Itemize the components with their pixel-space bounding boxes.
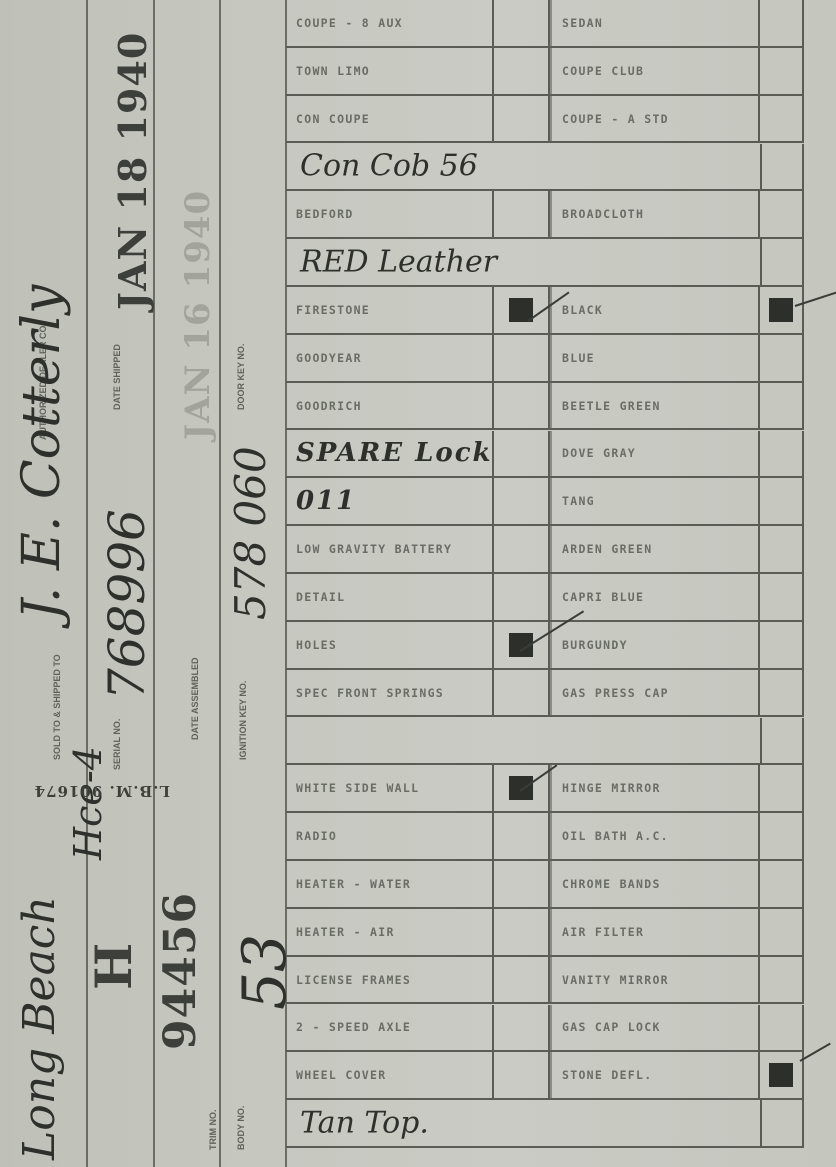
column-divider (219, 0, 221, 1167)
table-row: RADIOOIL BATH A.C. (286, 813, 804, 861)
option-label-cell: LICENSE FRAMES (286, 957, 494, 1003)
table-row: GOODYEARBLUE (286, 335, 804, 383)
table-row (286, 718, 804, 766)
option-check-cell (494, 622, 550, 668)
option-label-cell: 011 (286, 478, 494, 524)
option-check-cell (494, 909, 550, 955)
table-row: SPEC FRONT SPRINGSGAS PRESS CAP (286, 670, 804, 718)
ship-date-stamp: JAN 18 1940 (110, 32, 155, 310)
option-label: VANITY MIRROR (562, 973, 669, 987)
option-label: BEETLE GREEN (562, 399, 661, 413)
option-label-cell: BLACK (550, 287, 760, 333)
option-label: SPARE Lock (296, 438, 493, 468)
handwritten-entry: RED Leather (300, 245, 497, 280)
option-label-cell: BEETLE GREEN (550, 383, 760, 429)
option-label: HEATER - AIR (296, 925, 395, 939)
option-label: CON COUPE (296, 112, 370, 126)
option-check-cell (760, 478, 804, 524)
ignition-key-label: IGNITION KEY NO. (238, 681, 248, 760)
table-row: GOODRICHBEETLE GREEN (286, 383, 804, 431)
handwritten-engine-number: 768996 (98, 509, 156, 700)
option-check-cell (494, 96, 550, 142)
option-label-cell: VANITY MIRROR (550, 957, 760, 1003)
option-label: LOW GRAVITY BATTERY (296, 542, 452, 556)
option-check-cell (760, 191, 804, 237)
serial-stamp: L.B.M. 901674 (34, 782, 170, 800)
handwritten-entry: Tan Top. (300, 1106, 429, 1141)
table-row: TOWN LIMOCOUPE CLUB (286, 48, 804, 96)
option-label: STONE DEFL. (562, 1068, 652, 1082)
option-check-cell (494, 48, 550, 94)
checkbox-marked-icon (769, 1063, 793, 1087)
handwritten-key-number: 578 060 (226, 446, 275, 620)
option-check-cell (494, 1052, 550, 1098)
option-label-cell: FIRESTONE (286, 287, 494, 333)
option-check-cell (494, 191, 550, 237)
body-letter: H (84, 942, 143, 990)
option-label-cell: SEDAN (550, 0, 760, 46)
checkbox-marked-icon (769, 298, 793, 322)
option-label: GAS PRESS CAP (562, 686, 669, 700)
date-shipped-label: DATE SHIPPED (112, 344, 122, 410)
option-label: 011 (296, 486, 356, 516)
option-label-cell: DETAIL (286, 574, 494, 620)
option-label: GOODYEAR (296, 351, 362, 365)
table-row: LICENSE FRAMESVANITY MIRROR (286, 957, 804, 1005)
option-label: OIL BATH A.C. (562, 829, 669, 843)
option-label: AIR FILTER (562, 925, 644, 939)
option-check-cell (494, 574, 550, 620)
option-label-cell: STONE DEFL. (550, 1052, 760, 1098)
handwritten-entry: Con Cob 56 (300, 149, 478, 184)
option-check-cell (760, 622, 804, 668)
option-label: HINGE MIRROR (562, 781, 661, 795)
serial-no-label: SERIAL NO. (112, 719, 122, 770)
table-row: Con Cob 56 (286, 144, 804, 192)
blank-cell (286, 718, 762, 764)
option-label-cell: HOLES (286, 622, 494, 668)
option-check-cell (760, 1005, 804, 1051)
option-label: DOVE GRAY (562, 446, 636, 460)
check-cell (760, 718, 804, 764)
option-label-cell: AIR FILTER (550, 909, 760, 955)
table-row: DETAILCAPRI BLUE (286, 574, 804, 622)
option-check-cell (760, 48, 804, 94)
option-label-cell: COUPE - A STD (550, 96, 760, 142)
table-row: RED Leather (286, 239, 804, 287)
option-label-cell: CON COUPE (286, 96, 494, 142)
option-label: BURGUNDY (562, 638, 628, 652)
option-check-cell (494, 335, 550, 381)
trim-no-label: TRIM NO. (208, 1110, 218, 1151)
option-check-cell (760, 431, 804, 477)
option-label-cell: WHITE SIDE WALL (286, 765, 494, 811)
table-row: CON COUPECOUPE - A STD (286, 96, 804, 144)
table-row: LOW GRAVITY BATTERYARDEN GREEN (286, 526, 804, 574)
column-divider (86, 0, 88, 1167)
option-label: BROADCLOTH (562, 207, 644, 221)
option-check-cell (494, 670, 550, 716)
option-label-cell: ARDEN GREEN (550, 526, 760, 572)
option-label: CHROME BANDS (562, 877, 661, 891)
handwritten-code: Hce-4 (66, 746, 110, 860)
option-check-cell (494, 1005, 550, 1051)
option-label: COUPE - 8 AUX (296, 16, 403, 30)
option-label-cell: TANG (550, 478, 760, 524)
date-assembled-label: DATE ASSEMBLED (190, 657, 200, 740)
handwritten-entry-cell: RED Leather (286, 239, 762, 285)
body-number-stamp: 94456 (155, 892, 206, 1050)
vehicle-record-card: AUTHORIZED DEALER CO. J. E. Cotterly Lon… (0, 0, 836, 1167)
table-row: HEATER - AIRAIR FILTER (286, 909, 804, 957)
option-label-cell: BLUE (550, 335, 760, 381)
option-check-cell (760, 670, 804, 716)
option-label-cell: HINGE MIRROR (550, 765, 760, 811)
options-table: COUPE - 8 AUXSEDANTOWN LIMOCOUPE CLUBCON… (286, 0, 804, 1148)
handwritten-entry-cell: Tan Top. (286, 1100, 762, 1146)
option-check-cell (494, 861, 550, 907)
option-check-cell (760, 96, 804, 142)
option-label: GAS CAP LOCK (562, 1020, 661, 1034)
option-check-cell (494, 383, 550, 429)
option-label-cell: WHEEL COVER (286, 1052, 494, 1098)
option-label-cell: OIL BATH A.C. (550, 813, 760, 859)
table-row: Tan Top. (286, 1100, 804, 1148)
option-check-cell (494, 957, 550, 1003)
option-label: CAPRI BLUE (562, 590, 644, 604)
option-check-cell (494, 0, 550, 46)
table-row: COUPE - 8 AUXSEDAN (286, 0, 804, 48)
option-label-cell: LOW GRAVITY BATTERY (286, 526, 494, 572)
handwritten-entry-cell: Con Cob 56 (286, 144, 762, 190)
faded-date-stamp: JAN 16 1940 (178, 190, 218, 440)
option-label-cell: COUPE CLUB (550, 48, 760, 94)
handwritten-location: Long Beach (14, 896, 65, 1160)
option-check-cell (760, 0, 804, 46)
option-check-cell (760, 574, 804, 620)
option-label: COUPE - A STD (562, 112, 669, 126)
door-key-label: DOOR KEY NO. (236, 344, 246, 410)
option-check-cell (760, 957, 804, 1003)
option-label: TANG (562, 494, 595, 508)
option-label-cell: GOODRICH (286, 383, 494, 429)
option-label-cell: GAS PRESS CAP (550, 670, 760, 716)
option-label-cell: SPEC FRONT SPRINGS (286, 670, 494, 716)
option-label-cell: HEATER - WATER (286, 861, 494, 907)
option-label: WHEEL COVER (296, 1068, 386, 1082)
table-row: WHEEL COVERSTONE DEFL. (286, 1052, 804, 1100)
option-label-cell: RADIO (286, 813, 494, 859)
table-row: FIRESTONEBLACK (286, 287, 804, 335)
option-check-cell (760, 526, 804, 572)
option-label: BLUE (562, 351, 595, 365)
check-stroke (800, 1043, 831, 1062)
option-check-cell (494, 478, 550, 524)
option-label-cell: BEDFORD (286, 191, 494, 237)
option-label: HOLES (296, 638, 337, 652)
option-label-cell: 2 - SPEED AXLE (286, 1005, 494, 1051)
option-label: GOODRICH (296, 399, 362, 413)
option-label-cell: COUPE - 8 AUX (286, 0, 494, 46)
option-label: SEDAN (562, 16, 603, 30)
option-label: LICENSE FRAMES (296, 973, 411, 987)
handwritten-signature: J. E. Cotterly (12, 285, 72, 620)
check-cell (760, 144, 804, 190)
option-label-cell: GOODYEAR (286, 335, 494, 381)
option-label: BLACK (562, 303, 603, 317)
option-label: HEATER - WATER (296, 877, 411, 891)
option-check-cell (494, 431, 550, 477)
option-check-cell (760, 335, 804, 381)
option-label: SPEC FRONT SPRINGS (296, 686, 444, 700)
option-check-cell (494, 526, 550, 572)
option-label-cell: BURGUNDY (550, 622, 760, 668)
body-no-label: BODY NO. (236, 1106, 246, 1150)
option-label: BEDFORD (296, 207, 354, 221)
option-label-cell: HEATER - AIR (286, 909, 494, 955)
option-label-cell: GAS CAP LOCK (550, 1005, 760, 1051)
table-row: HEATER - WATERCHROME BANDS (286, 861, 804, 909)
option-check-cell (760, 909, 804, 955)
option-label-cell: CHROME BANDS (550, 861, 760, 907)
check-cell (760, 1100, 804, 1146)
option-label-cell: TOWN LIMO (286, 48, 494, 94)
check-cell (760, 239, 804, 285)
option-check-cell (494, 813, 550, 859)
table-row: HOLESBURGUNDY (286, 622, 804, 670)
option-label: ARDEN GREEN (562, 542, 652, 556)
option-label-cell: BROADCLOTH (550, 191, 760, 237)
option-check-cell (760, 765, 804, 811)
option-label: WHITE SIDE WALL (296, 781, 419, 795)
option-label: TOWN LIMO (296, 64, 370, 78)
option-label-cell: DOVE GRAY (550, 431, 760, 477)
option-label: 2 - SPEED AXLE (296, 1020, 411, 1034)
option-check-cell (760, 1052, 804, 1098)
option-check-cell (760, 383, 804, 429)
table-row: SPARE LockDOVE GRAY (286, 431, 804, 479)
option-check-cell (760, 287, 804, 333)
option-check-cell (760, 813, 804, 859)
table-row: 2 - SPEED AXLEGAS CAP LOCK (286, 1005, 804, 1053)
table-row: 011TANG (286, 478, 804, 526)
option-check-cell (760, 861, 804, 907)
option-label-cell: SPARE Lock (286, 431, 494, 477)
option-label: RADIO (296, 829, 337, 843)
table-row: BEDFORDBROADCLOTH (286, 191, 804, 239)
sold-to-label: SOLD TO & SHIPPED TO (52, 654, 62, 760)
option-label: DETAIL (296, 590, 345, 604)
option-label: FIRESTONE (296, 303, 370, 317)
option-label: COUPE CLUB (562, 64, 644, 78)
